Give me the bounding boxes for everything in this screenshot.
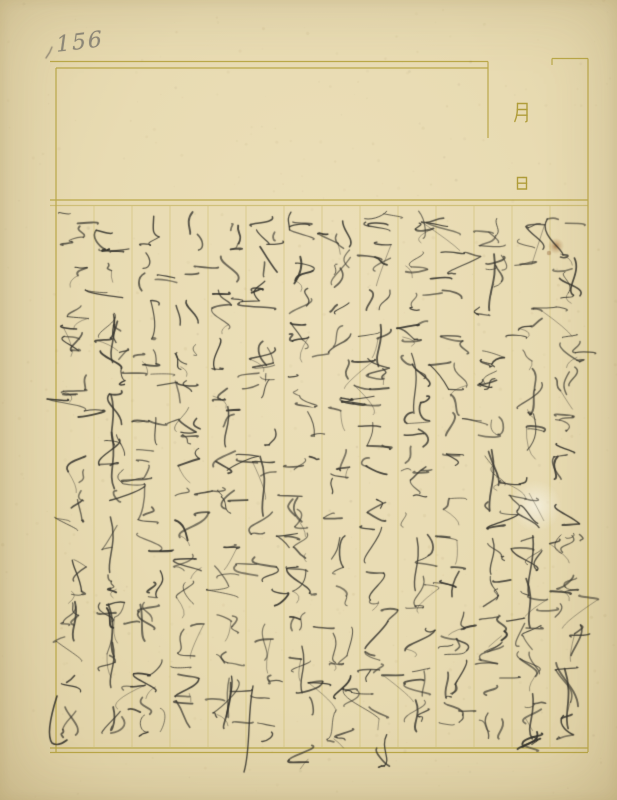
manuscript-page: 156 月	[0, 0, 617, 800]
handwriting-ink-layer	[0, 0, 617, 800]
